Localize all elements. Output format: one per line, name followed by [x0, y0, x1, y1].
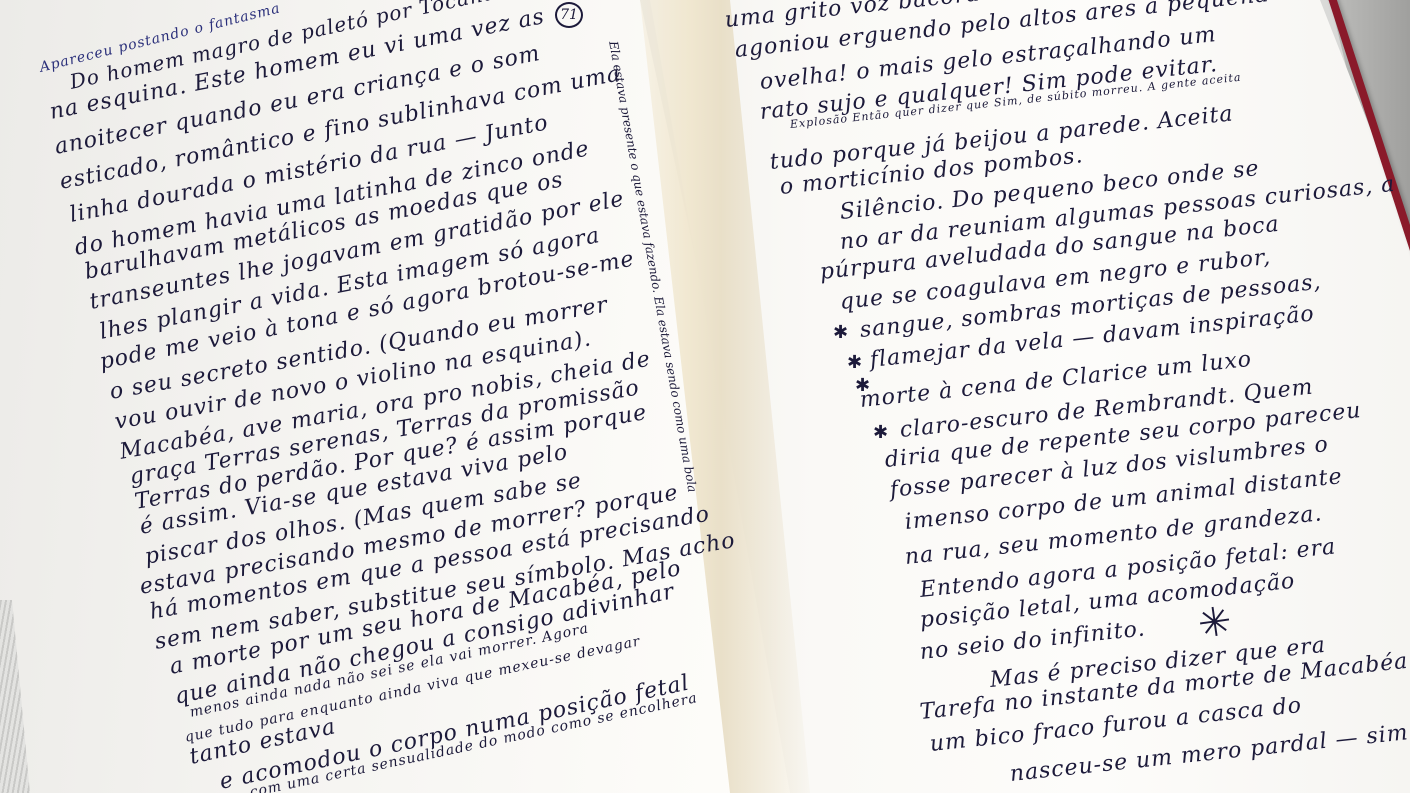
bullet-mark: ✱ — [847, 352, 862, 373]
bullet-mark: ✱ — [833, 322, 848, 343]
asterisk-mark: ✳ — [1195, 598, 1235, 648]
bullet-mark: ✱ — [873, 422, 888, 443]
page-number: 71 — [555, 2, 583, 28]
